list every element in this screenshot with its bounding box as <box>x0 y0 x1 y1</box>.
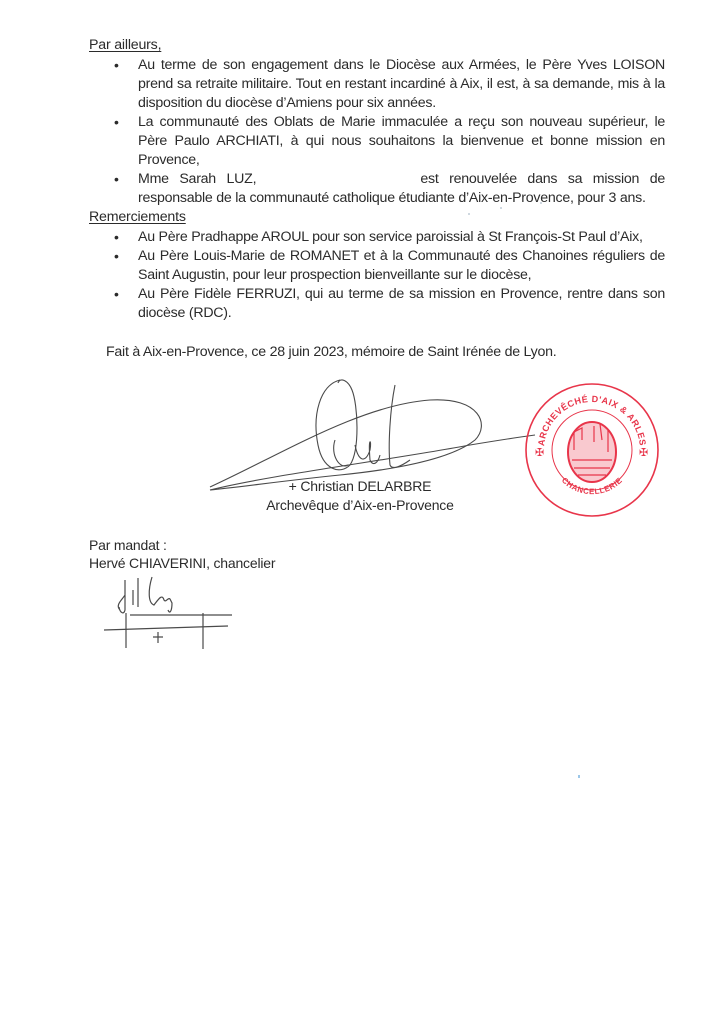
bullet-icon: • <box>114 247 119 266</box>
list-item: • Au Père Fidèle FERRUZI, qui au terme d… <box>89 285 665 323</box>
signatory-title: Archevêque d’Aix-en-Provence <box>240 497 480 513</box>
mandate-name: Hervé CHIAVERINI, chancelier <box>89 555 275 571</box>
list-item: • La communauté des Oblats de Marie imma… <box>89 113 665 170</box>
list-item-text: Au Père Fidèle FERRUZI, qui au terme de … <box>138 286 665 321</box>
scan-speckle <box>500 207 502 209</box>
signature-archbishop-icon <box>190 375 550 495</box>
list-remerciements: • Au Père Pradhappe AROUL pour son servi… <box>89 228 665 323</box>
mandate-label: Par mandat : <box>89 537 167 553</box>
list-par-ailleurs: • Au terme de son engagement dans le Dio… <box>89 56 665 208</box>
list-item-text: Au terme de son engagement dans le Diocè… <box>138 57 665 111</box>
list-item: • Au Père Louis-Marie de ROMANET et à la… <box>89 247 665 285</box>
list-item-text: Au Père Pradhappe AROUL pour son service… <box>138 229 643 245</box>
closing-line: Fait à Aix-en-Provence, ce 28 juin 2023,… <box>106 344 556 360</box>
signature-chancellor-icon <box>100 575 240 655</box>
section-heading-remerciements: Remerciements <box>89 209 186 225</box>
list-item-text: Au Père Louis-Marie de ROMANET et à la C… <box>138 248 665 283</box>
list-item: • Mme Sarah LUZ, est renouvelée dans sa … <box>89 170 665 208</box>
bullet-icon: • <box>114 285 119 304</box>
list-item-text: Mme Sarah LUZ, <box>138 171 256 187</box>
bullet-icon: • <box>114 56 119 75</box>
bullet-icon: • <box>114 228 119 247</box>
section-heading-par-ailleurs: Par ailleurs, <box>89 37 161 53</box>
scan-speckle <box>468 213 470 215</box>
list-item: • Au terme de son engagement dans le Dio… <box>89 56 665 113</box>
signatory-name: + Christian DELARBRE <box>240 478 480 494</box>
chancellery-seal-icon: ARCHEVÊCHÉ D'AIX & ARLES CHANCELLERIE ✠ … <box>522 380 662 520</box>
list-item-text: La communauté des Oblats de Marie immacu… <box>138 114 665 168</box>
svg-text:✠: ✠ <box>535 446 544 459</box>
document-page: Par ailleurs, • Au terme de son engageme… <box>0 0 724 1024</box>
scan-speckle <box>578 775 580 778</box>
list-item: • Au Père Pradhappe AROUL pour son servi… <box>89 228 665 247</box>
bullet-icon: • <box>114 113 119 132</box>
bullet-icon: • <box>114 170 119 189</box>
svg-text:✠: ✠ <box>639 446 648 459</box>
scan-speckle <box>540 202 542 204</box>
